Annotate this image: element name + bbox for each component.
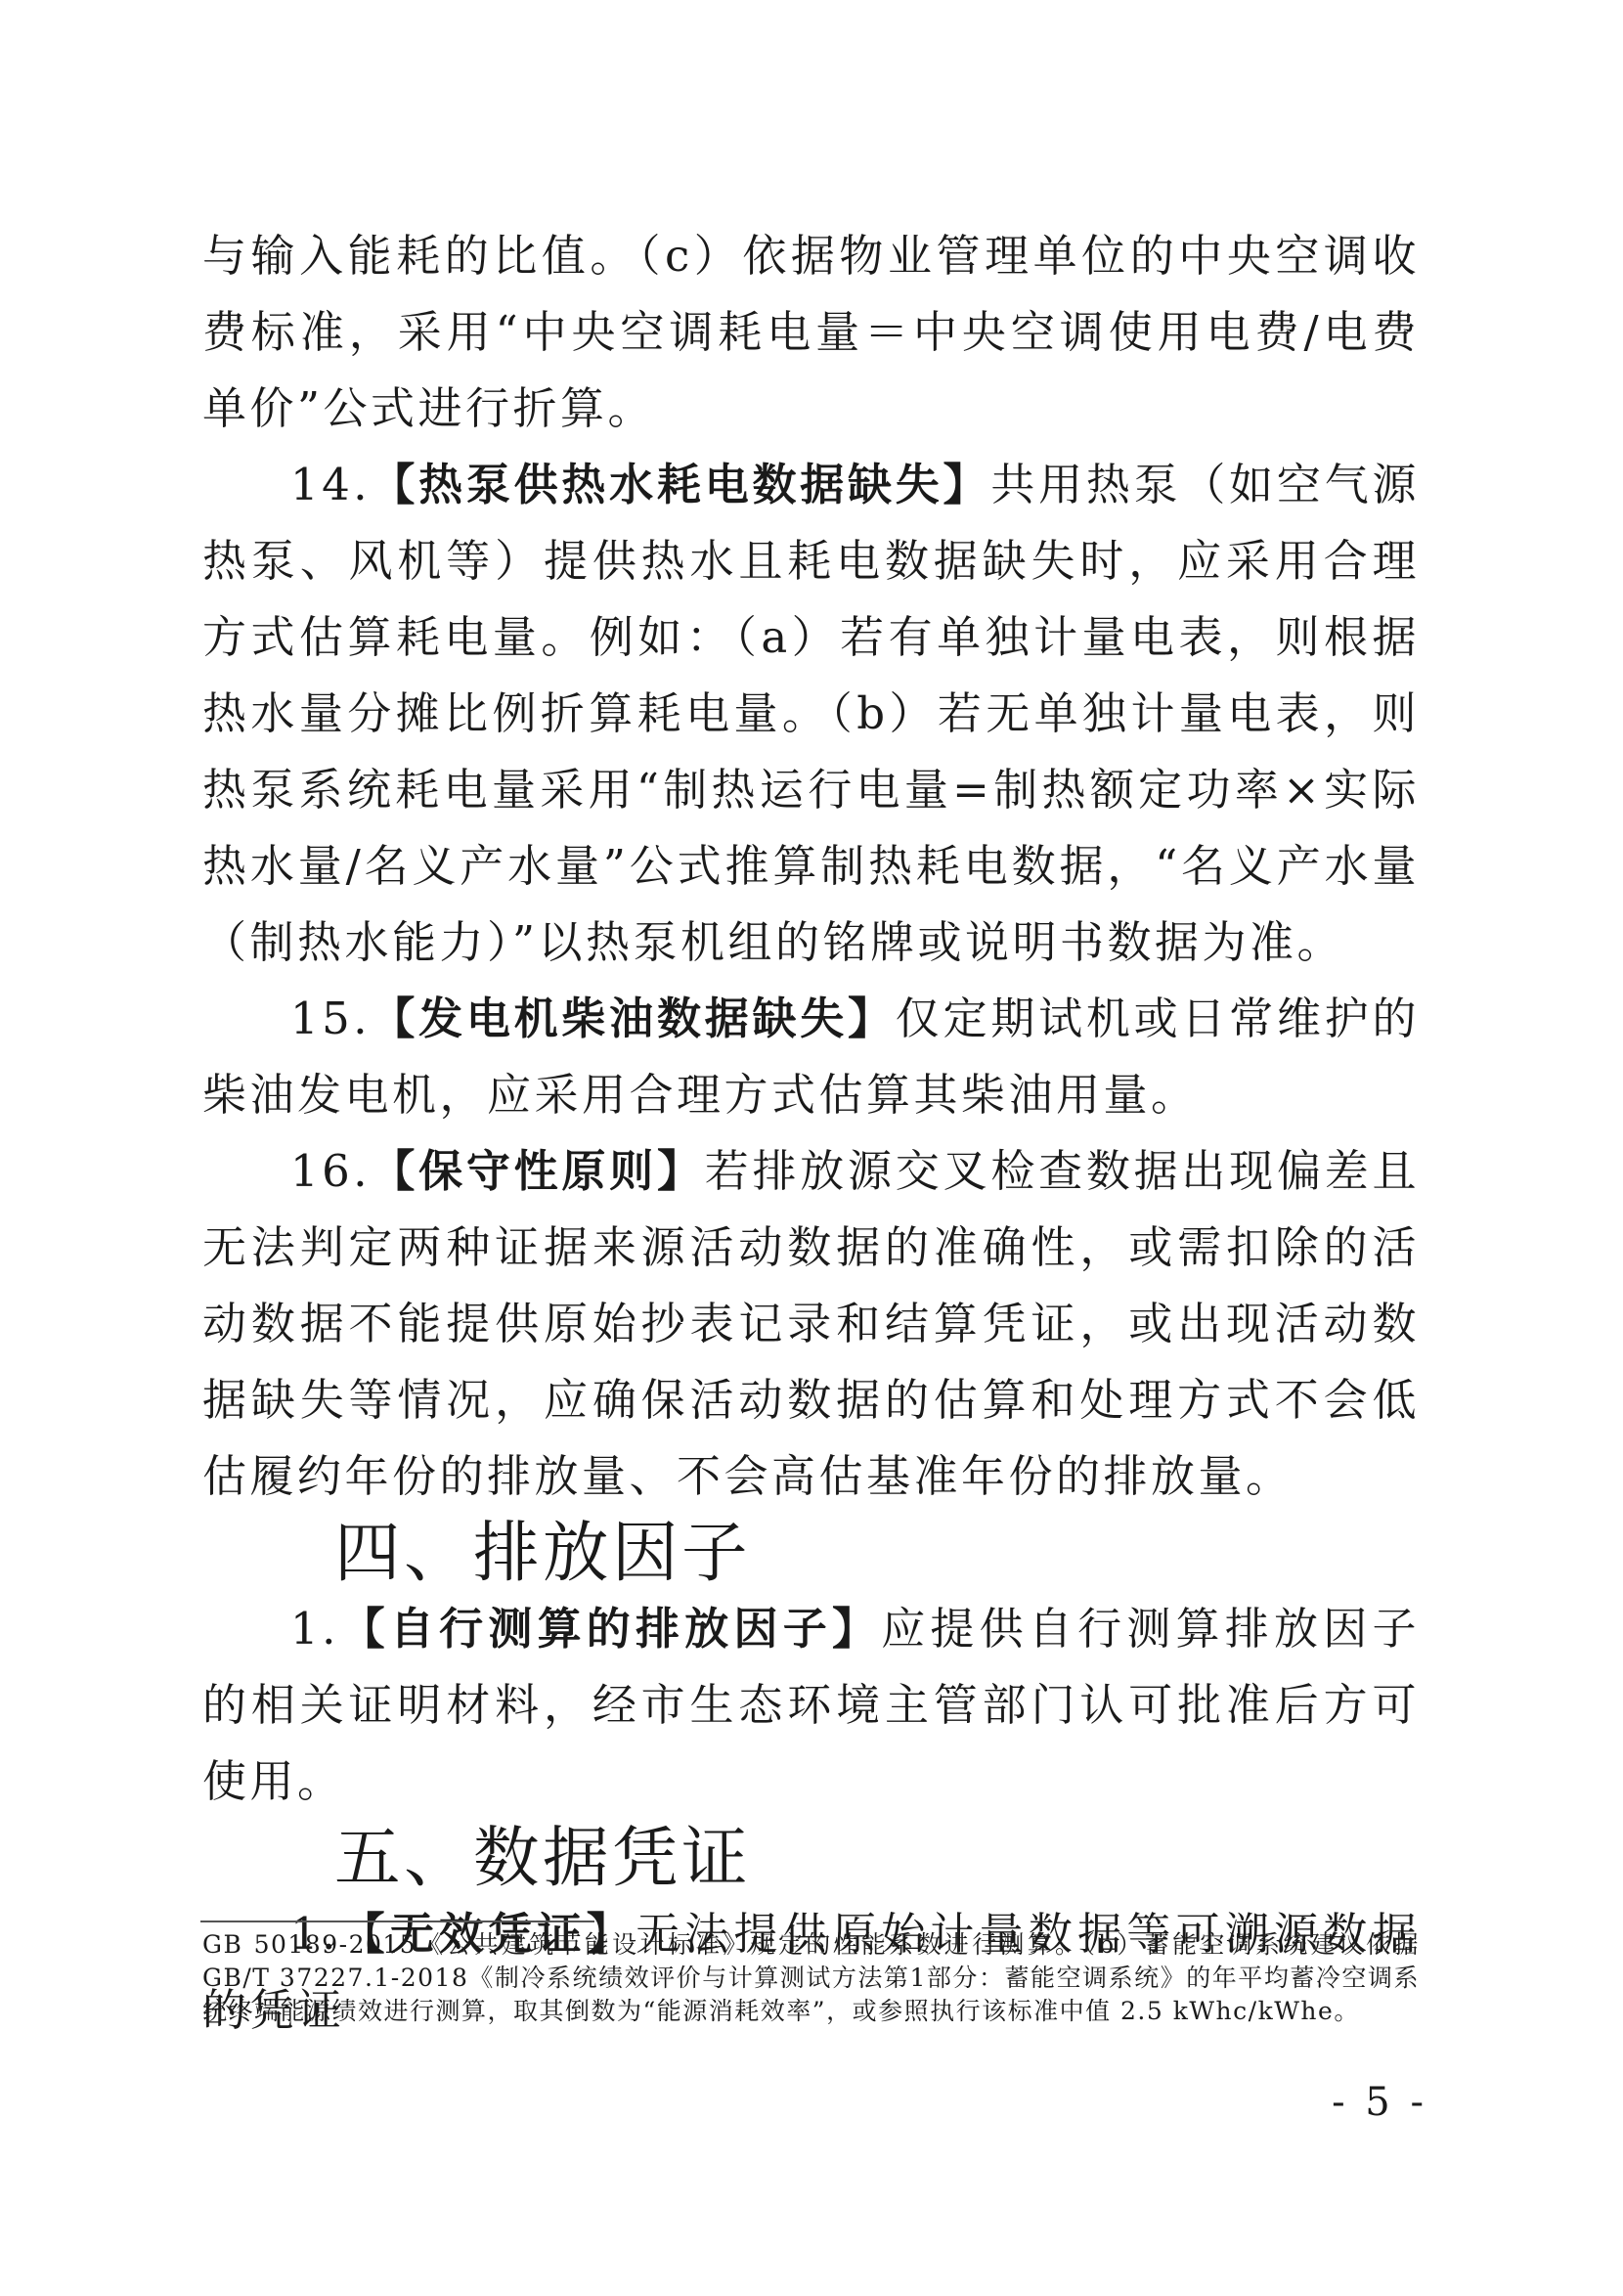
item-term: 【发电机柴油数据缺失】 xyxy=(371,993,896,1044)
item-number: 15. xyxy=(290,993,371,1044)
paragraph-section4-item-1: 1.【自行测算的排放因子】应提供自行测算排放因子的相关证明材料，经市生态环境主管… xyxy=(202,1591,1420,1820)
item-term: 【保守性原则】 xyxy=(371,1145,705,1197)
document-page: 与输入能耗的比值。（c）依据物业管理单位的中央空调收费标准，采用“中央空调耗电量… xyxy=(0,0,1623,2296)
section-heading-data-evidence: 五、数据凭证 xyxy=(202,1820,1420,1896)
item-term: 【自行测算的排放因子】 xyxy=(339,1603,881,1655)
page-number: - 5 - xyxy=(1320,2081,1427,2124)
paragraph-text: 若排放源交叉检查数据出现偏差且无法判定两种证据来源活动数据的准确性，或需扣除的活… xyxy=(202,1145,1420,1502)
item-number: 14. xyxy=(290,459,371,510)
paragraph-text: 与输入能耗的比值。（c）依据物业管理单位的中央空调收费标准，采用“中央空调耗电量… xyxy=(202,230,1420,434)
body-text: 与输入能耗的比值。（c）依据物业管理单位的中央空调收费标准，采用“中央空调耗电量… xyxy=(202,218,1420,2049)
section-heading-emission-factors: 四、排放因子 xyxy=(202,1515,1420,1591)
footnote-separator xyxy=(200,1921,594,1922)
paragraph-continuation-13: 与输入能耗的比值。（c）依据物业管理单位的中央空调收费标准，采用“中央空调耗电量… xyxy=(202,218,1420,447)
paragraph-text: 共用热泵（如空气源热泵、风机等）提供热水且耗电数据缺失时，应采用合理方式估算耗电… xyxy=(202,459,1420,968)
item-term: 【热泵供热水耗电数据缺失】 xyxy=(371,459,990,510)
paragraph-item-15: 15.【发电机柴油数据缺失】仅定期试机或日常维护的柴油发电机，应采用合理方式估算… xyxy=(202,981,1420,1133)
item-number: 16. xyxy=(290,1145,371,1197)
paragraph-item-16: 16.【保守性原则】若排放源交叉检查数据出现偏差且无法判定两种证据来源活动数据的… xyxy=(202,1133,1420,1515)
item-number: 1. xyxy=(290,1603,339,1655)
footnote: GB 50189-2015《公共建筑节能设计标准》规定的性能系数进行测算。（b）… xyxy=(202,1928,1420,2028)
paragraph-item-14: 14.【热泵供热水耗电数据缺失】共用热泵（如空气源热泵、风机等）提供热水且耗电数… xyxy=(202,447,1420,981)
